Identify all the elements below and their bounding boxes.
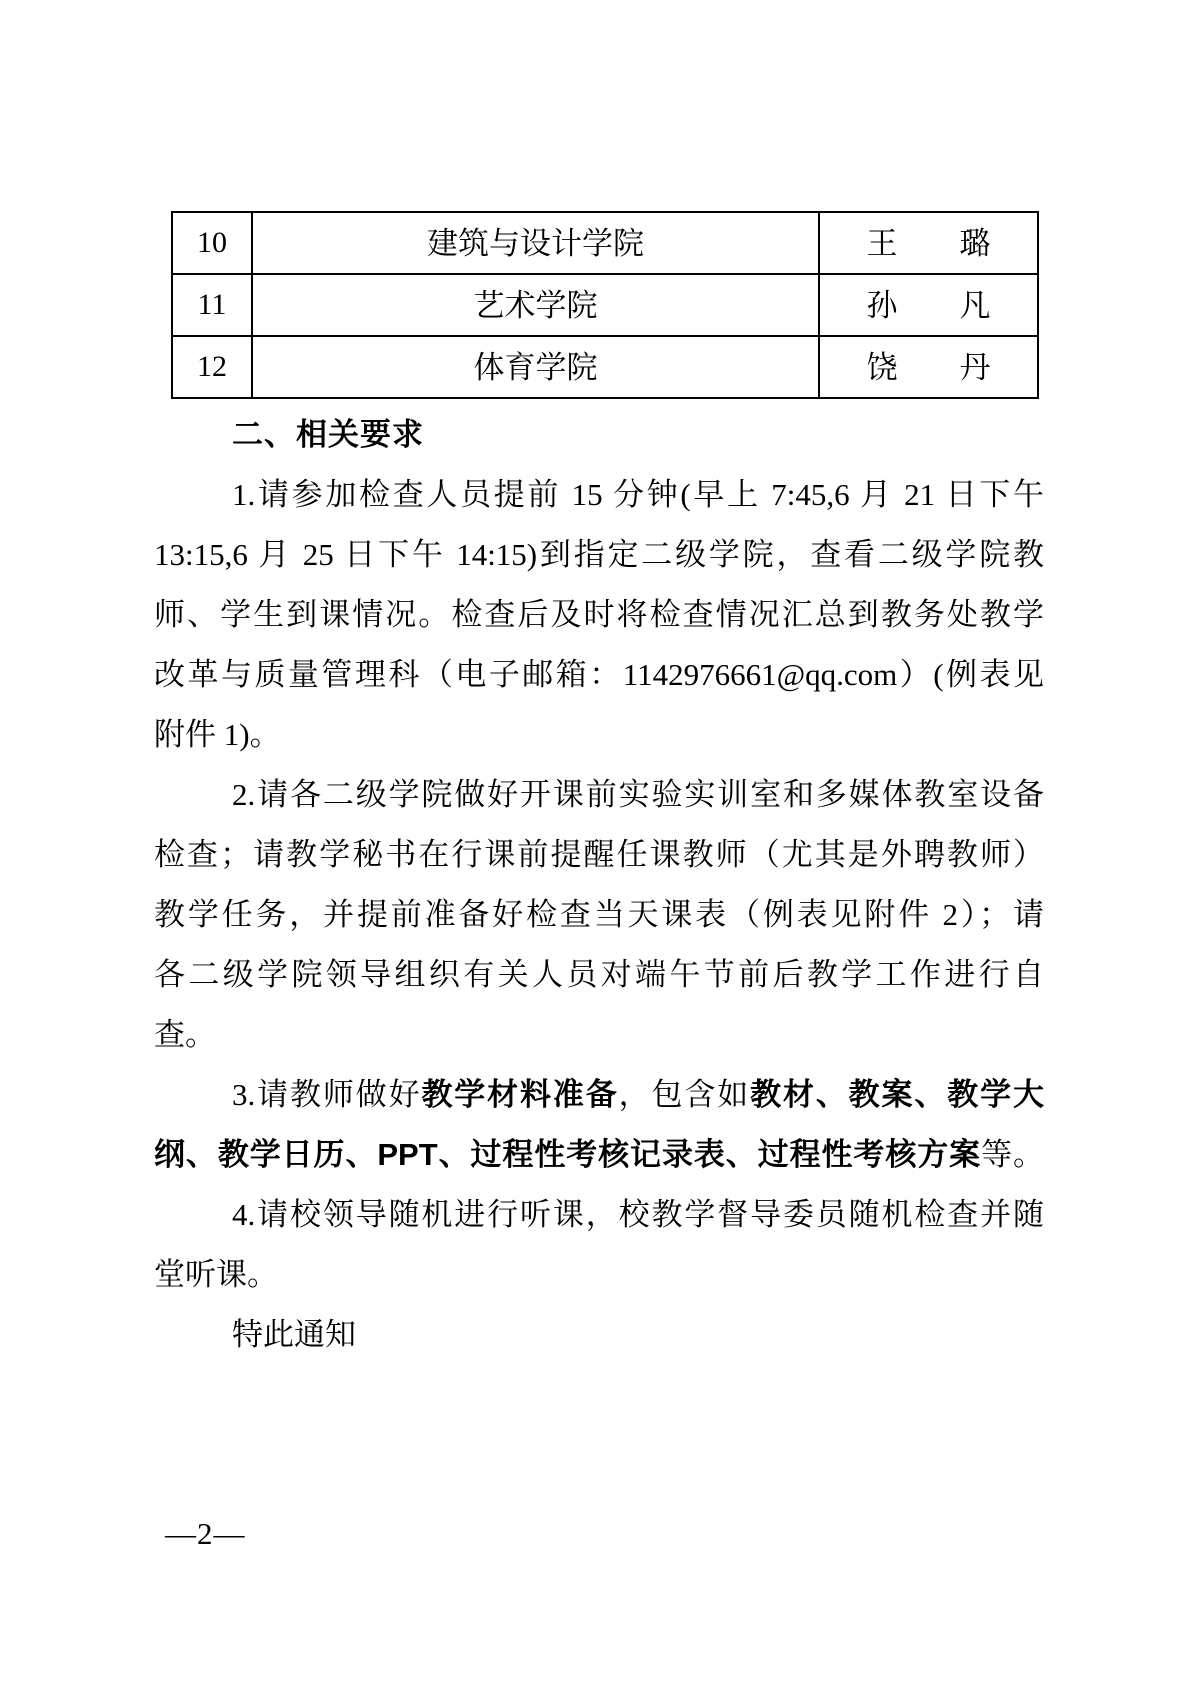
text-segment: 3.请教师做好 [232,1077,421,1112]
text-segment: 1.请参加检查人员提前 15 分钟(早上 7:45,6 月 21 日下午 [232,477,1044,512]
document-page: 10建筑与设计学院王 璐11艺术学院孙 凡12体育学院饶 丹 二、相关要求 1.… [0,0,1191,1684]
page-number: —2— [165,1516,246,1552]
inspector-name: 饶 丹 [819,336,1038,398]
text-line: 4.请校领导随机进行听课，校教学督导委员随机检查并随 [154,1185,1044,1245]
table-body: 10建筑与设计学院王 璐11艺术学院孙 凡12体育学院饶 丹 [172,212,1038,398]
bold-text-segment: 教材、教案、教学大 [750,1077,1044,1112]
text-line: 3.请教师做好教学材料准备，包含如教材、教案、教学大 [154,1065,1044,1125]
text-segment: 教学任务，并提前准备好检查当天课表（例表见附件 2）；请 [154,897,1044,932]
text-line: 2.请各二级学院做好开课前实验实训室和多媒体教室设备 [154,765,1044,825]
inspector-name: 王 璐 [819,212,1038,274]
row-number: 11 [172,274,252,336]
college-name: 艺术学院 [252,274,819,336]
college-name: 体育学院 [252,336,819,398]
row-number: 12 [172,336,252,398]
row-number: 10 [172,212,252,274]
section-heading: 二、相关要求 [154,405,1044,465]
text-segment: 特此通知 [232,1317,356,1352]
text-segment: 检查；请教学秘书在行课前提醒任课教师（尤其是外聘教师） [154,837,1044,872]
table-row: 11艺术学院孙 凡 [172,274,1038,336]
bold-text-segment: 教学材料准备 [421,1077,618,1112]
text-segment: 等。 [981,1137,1044,1172]
text-line: 纲、教学日历、PPT、过程性考核记录表、过程性考核方案等。 [154,1125,1044,1185]
text-line: 查。 [154,1005,1044,1065]
table-row: 10建筑与设计学院王 璐 [172,212,1038,274]
text-segment: 查。 [154,1017,216,1052]
text-line: 各二级学院领导组织有关人员对端午节前后教学工作进行自 [154,945,1044,1005]
text-line: 特此通知 [154,1305,1044,1365]
text-line: 13:15,6 月 25 日下午 14:15)到指定二级学院，查看二级学院教 [154,525,1044,585]
text-line: 附件 1)。 [154,705,1044,765]
text-segment: 2.请各二级学院做好开课前实验实训室和多媒体教室设备 [232,777,1044,812]
text-segment: 堂听课。 [154,1257,278,1292]
text-segment: 改革与质量管理科（电子邮箱：1142976661@qq.com）(例表见 [154,657,1044,692]
text-line: 堂听课。 [154,1245,1044,1305]
text-segment: ，包含如 [619,1077,750,1112]
text-line: 师、学生到课情况。检查后及时将检查情况汇总到教务处教学 [154,585,1044,645]
text-line: 1.请参加检查人员提前 15 分钟(早上 7:45,6 月 21 日下午 [154,465,1044,525]
college-name: 建筑与设计学院 [252,212,819,274]
text-segment: 附件 1)。 [154,717,281,752]
bold-text-segment: 纲、教学日历、PPT、过程性考核记录表、过程性考核方案 [154,1137,981,1172]
text-segment: 各二级学院领导组织有关人员对端午节前后教学工作进行自 [154,957,1044,992]
text-segment: 4.请校领导随机进行听课，校教学督导委员随机检查并随 [232,1197,1044,1232]
document-body: 二、相关要求 1.请参加检查人员提前 15 分钟(早上 7:45,6 月 21 … [154,405,1044,1365]
text-line: 检查；请教学秘书在行课前提醒任课教师（尤其是外聘教师） [154,825,1044,885]
text-segment: 13:15,6 月 25 日下午 14:15)到指定二级学院，查看二级学院教 [154,537,1044,572]
text-line: 改革与质量管理科（电子邮箱：1142976661@qq.com）(例表见 [154,645,1044,705]
inspector-name: 孙 凡 [819,274,1038,336]
college-inspection-table: 10建筑与设计学院王 璐11艺术学院孙 凡12体育学院饶 丹 [171,211,1039,399]
text-line: 教学任务，并提前准备好检查当天课表（例表见附件 2）；请 [154,885,1044,945]
table-row: 12体育学院饶 丹 [172,336,1038,398]
text-segment: 师、学生到课情况。检查后及时将检查情况汇总到教务处教学 [154,597,1044,632]
